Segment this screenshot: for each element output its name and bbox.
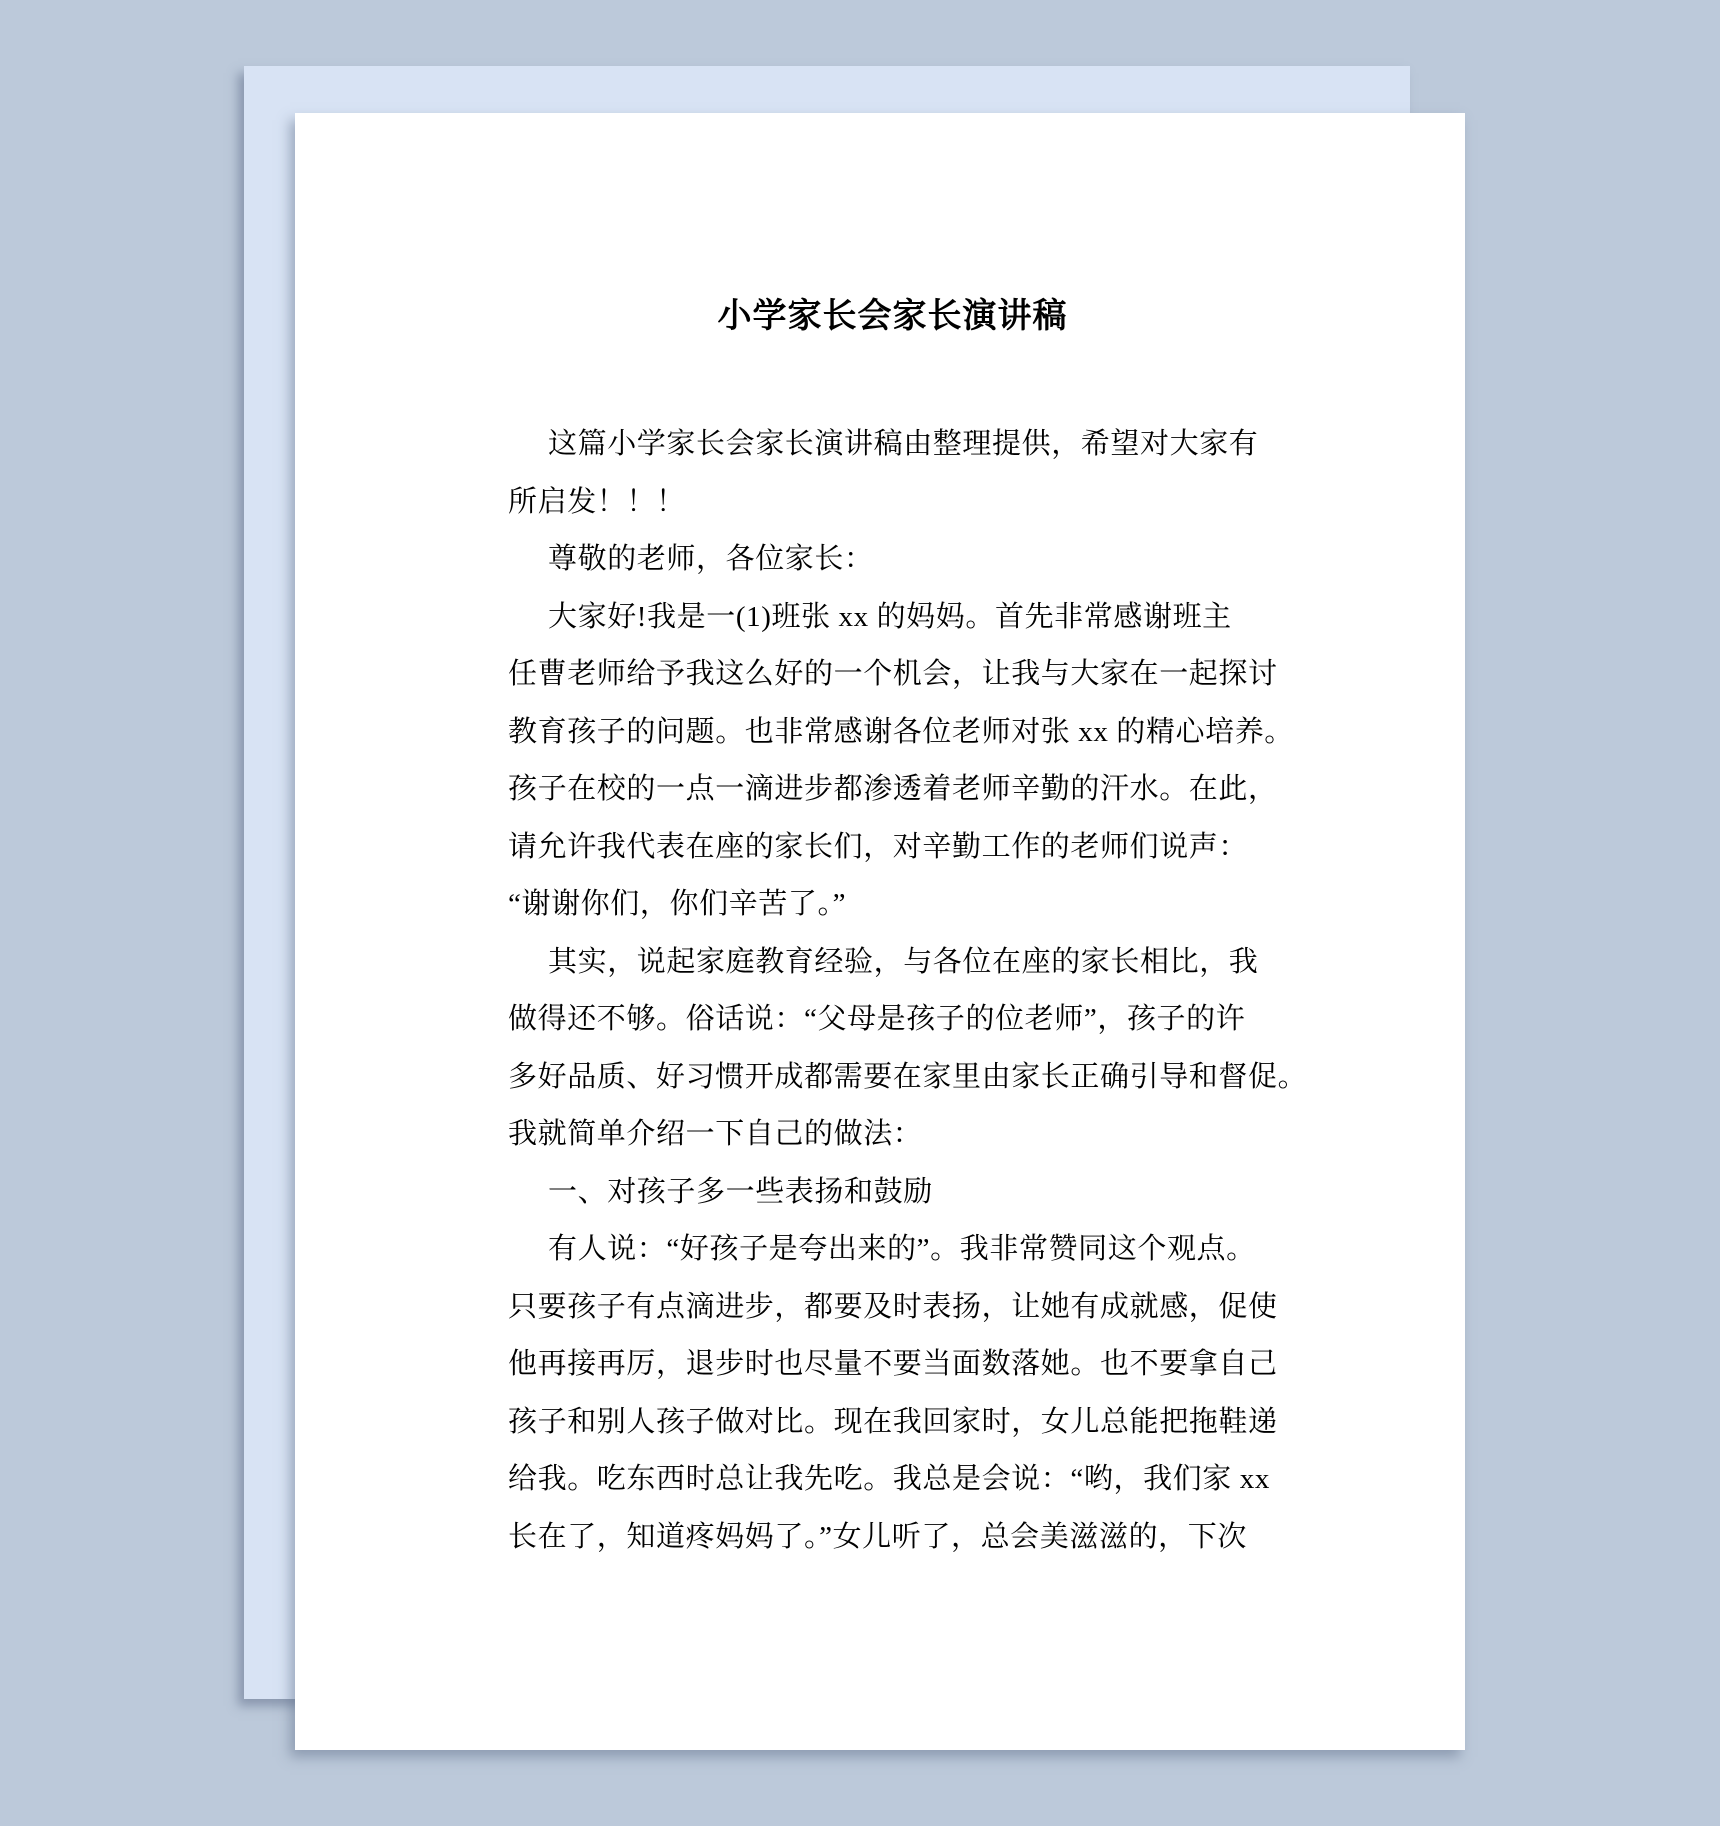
text-line: 大家好!我是一(1)班张 xx 的妈妈。首先非常感谢班主	[508, 589, 1298, 647]
text-line: 我就简单介绍一下自己的做法：	[508, 1106, 1298, 1164]
canvas-background: { "colors": { "background": "#bcc9da", "…	[0, 0, 1720, 1826]
text-line: 孩子和别人孩子做对比。现在我回家时，女儿总能把拖鞋递	[508, 1394, 1298, 1452]
text-line: “谢谢你们，你们辛苦了。”	[508, 876, 1298, 934]
text-line: 尊敬的老师，各位家长：	[508, 531, 1298, 589]
document-body: 这篇小学家长会家长演讲稿由整理提供，希望对大家有所启发！！！尊敬的老师，各位家长…	[508, 416, 1298, 1566]
text-line: 教育孩子的问题。也非常感谢各位老师对张 xx 的精心培养。	[508, 704, 1298, 762]
document-page: 小学家长会家长演讲稿 这篇小学家长会家长演讲稿由整理提供，希望对大家有所启发！！…	[295, 113, 1465, 1750]
text-line: 只要孩子有点滴进步，都要及时表扬，让她有成就感，促使	[508, 1279, 1298, 1337]
text-line: 有人说：“好孩子是夸出来的”。我非常赞同这个观点。	[508, 1221, 1298, 1279]
text-line: 这篇小学家长会家长演讲稿由整理提供，希望对大家有	[508, 416, 1298, 474]
text-line: 做得还不够。俗话说：“父母是孩子的位老师”，孩子的许	[508, 991, 1298, 1049]
text-line: 任曹老师给予我这么好的一个机会，让我与大家在一起探讨	[508, 646, 1298, 704]
text-line: 请允许我代表在座的家长们，对辛勤工作的老师们说声：	[508, 819, 1298, 877]
text-line: 多好品质、好习惯开成都需要在家里由家长正确引导和督促。	[508, 1049, 1298, 1107]
text-line: 长在了，知道疼妈妈了。”女儿听了，总会美滋滋的，下次	[508, 1509, 1298, 1567]
text-line: 孩子在校的一点一滴进步都渗透着老师辛勤的汗水。在此，	[508, 761, 1298, 819]
text-line: 所启发！！！	[508, 474, 1298, 532]
text-line: 一、对孩子多一些表扬和鼓励	[508, 1164, 1298, 1222]
document-title: 小学家长会家长演讲稿	[508, 288, 1277, 346]
text-line: 给我。吃东西时总让我先吃。我总是会说：“哟，我们家 xx	[508, 1451, 1298, 1509]
text-line: 其实，说起家庭教育经验，与各位在座的家长相比，我	[508, 934, 1298, 992]
text-line: 他再接再厉，退步时也尽量不要当面数落她。也不要拿自己	[508, 1336, 1298, 1394]
